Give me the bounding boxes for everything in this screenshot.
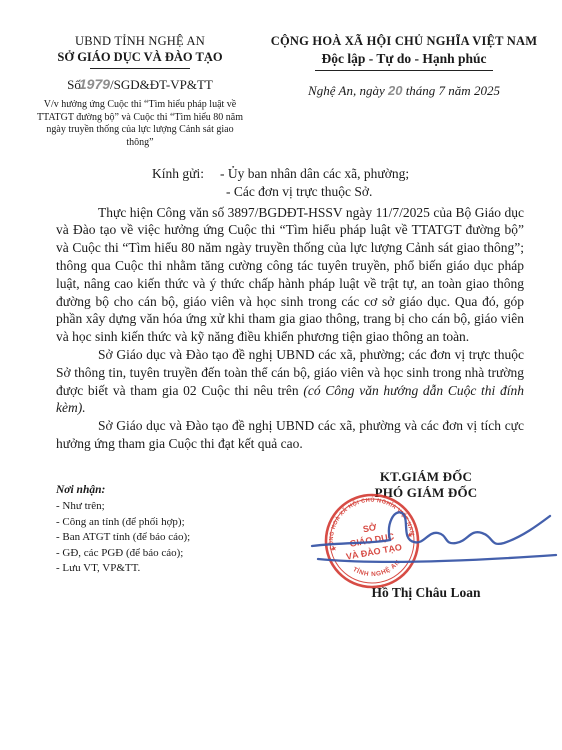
doc-number-value: 1979 <box>79 76 110 92</box>
noi-nhan-item: - Công an tỉnh (để phối hợp); <box>56 515 190 531</box>
issuer-department: SỞ GIÁO DỤC VÀ ĐÀO TẠO <box>24 50 256 65</box>
signer-authority: KT.GIÁM ĐỐC <box>290 469 562 485</box>
noi-nhan-label: Nơi nhận: <box>56 483 190 499</box>
national-block: CỘNG HOÀ XÃ HỘI CHỦ NGHĨA VIỆT NAM Độc l… <box>256 34 562 149</box>
issuer-underline <box>90 68 190 69</box>
noi-nhan-item: - Ban ATGT tỉnh (để báo cáo); <box>56 530 190 546</box>
recipient-line: - Ủy ban nhân dân các xã, phường; <box>220 165 409 183</box>
signer-title: PHÓ GIÁM ĐỐC <box>290 485 562 501</box>
signer-name: Hồ Thị Châu Loan <box>290 585 562 601</box>
issuer-parent-org: UBND TỈNH NGHỆ AN <box>24 34 256 49</box>
motto-underline <box>315 70 493 71</box>
salutation-row: Kính gửi: - Ủy ban nhân dân các xã, phườ… <box>56 165 524 201</box>
recipients-footer-block: Nơi nhận: - Như trên; - Công an tỉnh (để… <box>56 483 190 577</box>
dateline-day: 20 <box>388 83 402 98</box>
dateline: Nghệ An, ngày 20 tháng 7 năm 2025 <box>256 83 552 99</box>
document-page: UBND TỈNH NGHỆ AN SỞ GIÁO DỤC VÀ ĐÀO TẠO… <box>0 0 562 750</box>
document-footer: Nơi nhận: - Như trên; - Công an tỉnh (để… <box>0 469 562 649</box>
country-name: CỘNG HOÀ XÃ HỘI CHỦ NGHĨA VIỆT NAM <box>256 34 552 49</box>
noi-nhan-item: - Như trên; <box>56 499 190 515</box>
document-subject: V/v hưởng ứng Cuộc thi “Tìm hiểu pháp lu… <box>32 99 248 149</box>
national-motto: Độc lập - Tự do - Hạnh phúc <box>256 51 552 67</box>
dateline-after: tháng 7 năm 2025 <box>406 83 500 98</box>
document-header: UBND TỈNH NGHỆ AN SỞ GIÁO DỤC VÀ ĐÀO TẠO… <box>0 0 562 149</box>
noi-nhan-item: - GĐ, các PGĐ (để báo cáo); <box>56 546 190 562</box>
paragraph-2: Sở Giáo dục và Đào tạo đề nghị UBND các … <box>56 346 524 417</box>
dateline-before: Nghệ An, ngày <box>308 83 385 98</box>
document-number-line: Số1979/SGD&ĐT-VP&TT <box>24 76 256 93</box>
signature-block: KT.GIÁM ĐỐC PHÓ GIÁM ĐỐC Hồ Thị Châu Loa… <box>290 469 562 601</box>
document-body: Kính gửi: - Ủy ban nhân dân các xã, phườ… <box>56 165 524 453</box>
paragraph-1: Thực hiện Công văn số 3897/BGDĐT-HSSV ng… <box>56 204 524 346</box>
recipient-list: - Ủy ban nhân dân các xã, phường; - Các … <box>220 165 409 201</box>
issuer-block: UBND TỈNH NGHỆ AN SỞ GIÁO DỤC VÀ ĐÀO TẠO… <box>24 34 256 149</box>
paragraph-3: Sở Giáo dục và Đào tạo đề nghị UBND các … <box>56 417 524 453</box>
noi-nhan-item: - Lưu VT, VP&TT. <box>56 561 190 577</box>
salutation-label: Kính gửi: <box>152 165 204 201</box>
doc-number-suffix: /SGD&ĐT-VP&TT <box>110 77 213 92</box>
recipient-line: - Các đơn vị trực thuộc Sở. <box>226 183 409 201</box>
